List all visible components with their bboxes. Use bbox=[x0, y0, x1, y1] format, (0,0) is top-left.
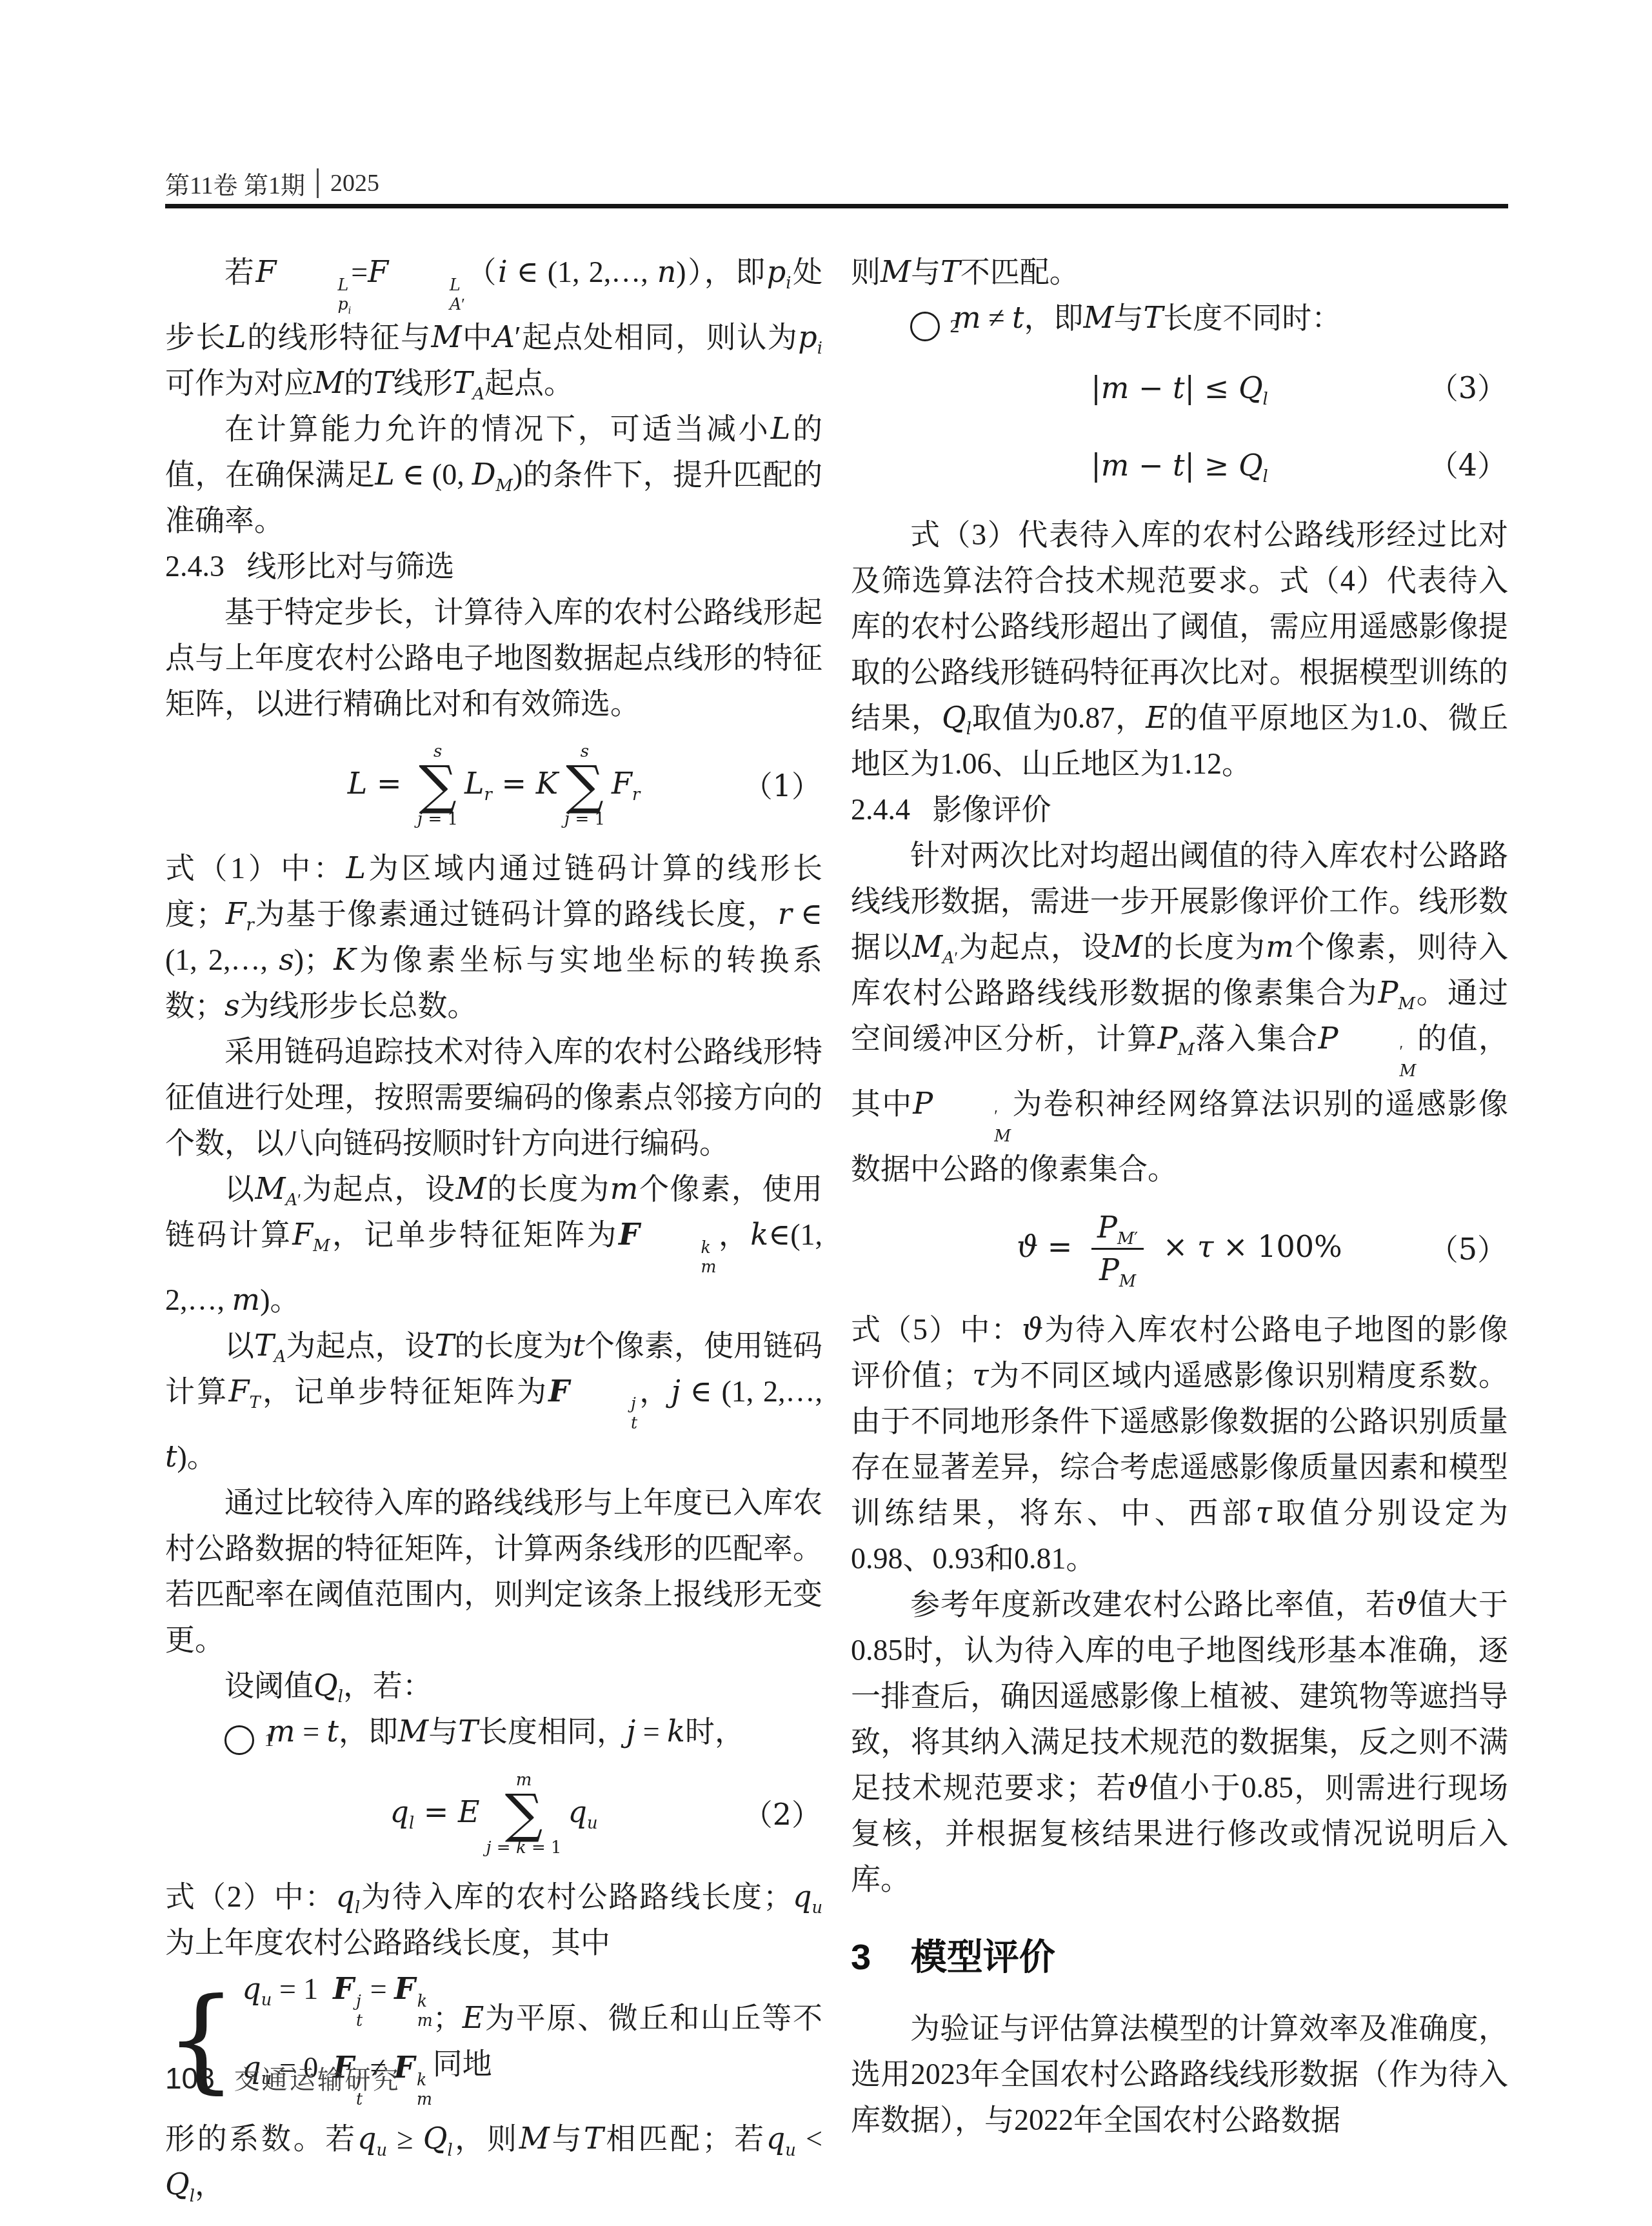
paragraph-m-start: 以MA′为起点，设M的长度为m个像素，使用链码计算FM，记单步特征矩阵为Fkm，… bbox=[165, 1166, 822, 1323]
page-footer: 108 交通运输研究 bbox=[165, 2060, 401, 2096]
paragraph-eq1-explanation: 式（1）中：L为区域内通过链码计算的线形长度；Fr为基于像素通过链码计算的路线长… bbox=[165, 845, 822, 1028]
paragraph-threshold: 设阈值Ql，若： bbox=[165, 1663, 822, 1709]
page-number: 108 bbox=[165, 2061, 215, 2096]
sum-operator: m∑j = k = 1 bbox=[486, 1770, 562, 1858]
paragraph-case-2: 2m ≠ t，即M与T长度不同时： bbox=[851, 295, 1508, 341]
equation-3-body: |m − t| ≤ Ql bbox=[1091, 365, 1268, 411]
header-divider bbox=[317, 168, 319, 198]
equation-4: |m − t| ≥ Ql （4） bbox=[851, 434, 1508, 496]
right-column: 则M与T不匹配。 2m ≠ t，即M与T长度不同时： |m − t| ≤ Ql … bbox=[851, 249, 1508, 2207]
paragraph-image-evaluation: 针对两次比对均超出阈值的待入库农村公路路线线形数据，需进一步开展影像评价工作。线… bbox=[851, 832, 1508, 1192]
cases-tail-text: ；E为平原、微丘和山丘等不同地 bbox=[433, 1995, 822, 2087]
equation-5-body: ϑ = PM′PM × τ × 100% bbox=[1017, 1207, 1342, 1291]
sum-operator: s∑j = 1 bbox=[417, 742, 458, 830]
equation-3: |m − t| ≤ Ql （3） bbox=[851, 357, 1508, 419]
equation-1-number: （1） bbox=[743, 763, 821, 808]
equation-3-number: （3） bbox=[1429, 365, 1507, 411]
circled-number: 2 bbox=[910, 312, 940, 341]
equation-2-number: （2） bbox=[743, 1791, 821, 1837]
heading-title: 模型评价 bbox=[911, 1936, 1055, 1977]
left-column: 若FLpi=FLA′（i ∈ (1, 2,…, n)），即pi处步长L的线形特征… bbox=[165, 249, 822, 2207]
journal-name: 交通运输研究 bbox=[234, 2060, 401, 2096]
volume-issue-label: 第11卷 第1期 bbox=[165, 165, 305, 201]
paragraph-chain-code: 采用链码追踪技术对待入库的农村公路线形特征值进行处理，按照需要编码的像素点邻接方… bbox=[165, 1028, 822, 1166]
heading-title: 线形比对与筛选 bbox=[247, 550, 455, 583]
equation-1: L = s∑j = 1Lr = Ks∑j = 1Fr （1） bbox=[165, 742, 822, 830]
equation-2-body: ql = Em∑j = k = 1qu bbox=[390, 1770, 597, 1858]
paragraph-eq5-explanation: 式（5）中：ϑ为待入库农村公路电子地图的影像评价值；τ为不同区域内遥感影像识别精… bbox=[851, 1307, 1508, 1581]
year-label: 2025 bbox=[330, 169, 379, 197]
paragraph-terrain-coefficient: 形的系数。若qu ≥ Ql，则M与T相匹配；若qu < Ql， bbox=[165, 2116, 822, 2207]
journal-page: 第11卷 第1期 2025 若FLpi=FLA′（i ∈ (1, 2,…, n)… bbox=[0, 0, 1652, 2226]
equation-2: ql = Em∑j = k = 1qu （2） bbox=[165, 1770, 822, 1858]
paragraph-model-evaluation-intro: 为验证与评估算法模型的计算效率及准确度，选用2023年全国农村公路路线线形数据（… bbox=[851, 2005, 1508, 2143]
paragraph-step-length: 基于特定步长，计算待入库的农村公路线形起点与上年度农村公路电子地图数据起点线形的… bbox=[165, 589, 822, 727]
subsection-heading-2-4-3: 2.4.3线形比对与筛选 bbox=[165, 543, 822, 589]
equation-4-number: （4） bbox=[1429, 443, 1507, 488]
paragraph-eq2-explanation: 式（2）中：ql为待入库的农村公路路线长度；qu为上年度农村公路路线长度，其中 bbox=[165, 1874, 822, 1965]
subsection-heading-2-4-4: 2.4.4影像评价 bbox=[851, 787, 1508, 832]
paragraph-no-match: 则M与T不匹配。 bbox=[851, 249, 1508, 295]
paragraph-case-1: 1m = t，即M与T长度相同，j = k时， bbox=[165, 1709, 822, 1755]
section-heading-3: 3模型评价 bbox=[851, 1934, 1508, 1980]
equation-1-body: L = s∑j = 1Lr = Ks∑j = 1Fr bbox=[348, 742, 640, 830]
heading-number: 2.4.3 bbox=[165, 550, 224, 583]
paragraph-ratio-reference: 参考年度新改建农村公路比率值，若ϑ值大于0.85时，认为待入库的电子地图线形基本… bbox=[851, 1581, 1508, 1902]
heading-title: 影像评价 bbox=[933, 793, 1051, 826]
paragraph-compare-matrix: 通过比较待入库的路线线形与上年度已入库农村公路数据的特征矩阵，计算两条线形的匹配… bbox=[165, 1479, 822, 1663]
fraction: PM′PM bbox=[1090, 1207, 1146, 1291]
equation-5: ϑ = PM′PM × τ × 100% （5） bbox=[851, 1207, 1508, 1291]
paragraph-compute-capacity: 在计算能力允许的情况下，可适当减小L的值，在确保满足L ∈ (0, DM)的条件… bbox=[165, 406, 822, 543]
sum-operator: s∑j = 1 bbox=[564, 742, 605, 830]
paragraph-t-start: 以TA为起点，设T的长度为t个像素，使用链码计算FT，记单步特征矩阵为Fjt，j… bbox=[165, 1323, 822, 1479]
two-column-body: 若FLpi=FLA′（i ∈ (1, 2,…, n)），即pi处步长L的线形特征… bbox=[165, 249, 1508, 2207]
equation-4-body: |m − t| ≥ Ql bbox=[1091, 443, 1268, 488]
heading-number: 3 bbox=[851, 1936, 871, 1977]
heading-number: 2.4.4 bbox=[851, 793, 910, 826]
paragraph-if-condition: 若FLpi=FLA′（i ∈ (1, 2,…, n)），即pi处步长L的线形特征… bbox=[165, 249, 822, 406]
page-header: 第11卷 第1期 2025 bbox=[165, 165, 379, 201]
circled-number: 1 bbox=[224, 1725, 254, 1755]
header-rule bbox=[165, 204, 1508, 208]
paragraph-eq3-eq4-explanation: 式（3）代表待入库的农村公路线形经过比对及筛选算法符合技术规范要求。式（4）代表… bbox=[851, 512, 1508, 787]
equation-5-number: （5） bbox=[1429, 1226, 1507, 1272]
